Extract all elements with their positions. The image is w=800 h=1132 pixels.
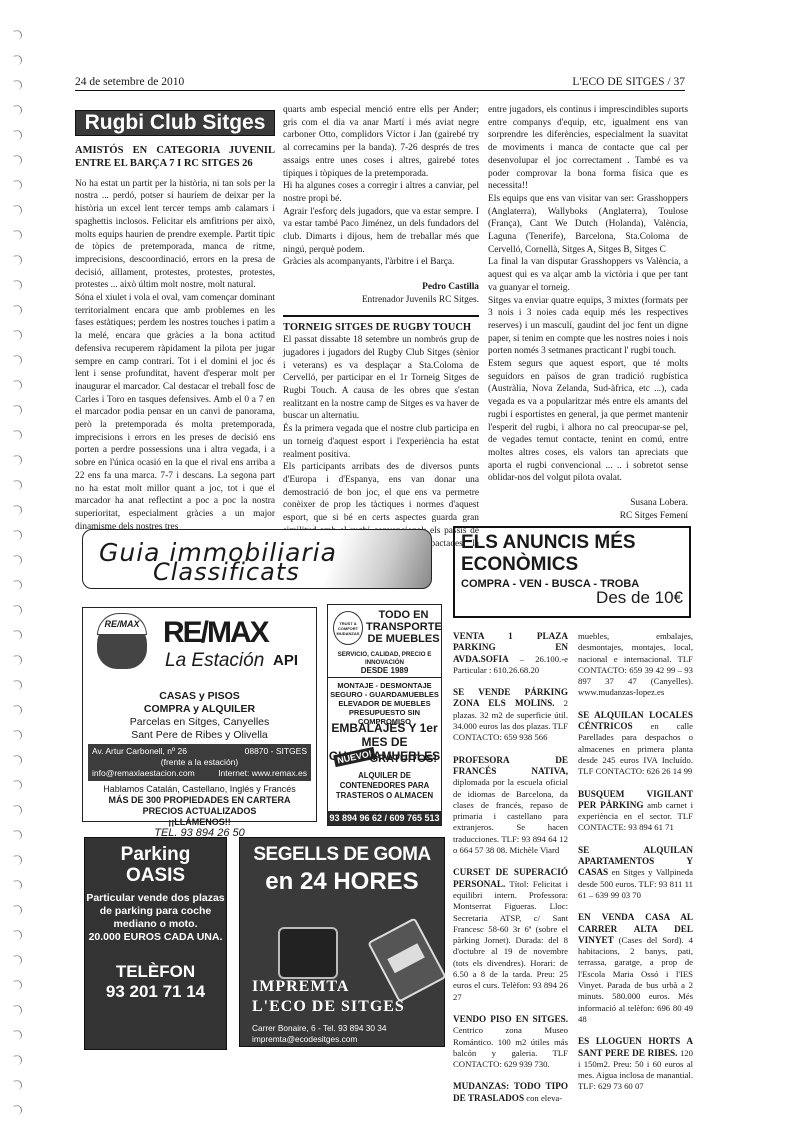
article-paragraph: Estem segurs que aquest esport, que té m… bbox=[488, 358, 688, 485]
classified-ad: MUDANZAS: TODO TIPO DE TRASLADOS con ele… bbox=[453, 1081, 568, 1104]
article-rugbi-col1: Rugbi Club Sitges AMISTÓS EN CATEGORIA J… bbox=[75, 110, 275, 533]
printer-contact: Carrer Bonaire, 6 - Tel. 93 894 30 34 im… bbox=[252, 1023, 387, 1044]
parking-oasis-ad: ParkingOASIS Particular vende dos plazas… bbox=[84, 837, 227, 1050]
classifieds-header: ELS ANUNCIS MÉS ECONÒMICS COMPRA - VEN -… bbox=[453, 526, 691, 618]
movers-slogan: SERVICIO, CALIDAD, PRECIO E INNOVACIÓN D… bbox=[328, 651, 441, 678]
classified-ad: EN VENDA CASA AL CARRER ALTA DEL VINYET … bbox=[578, 912, 693, 1025]
parking-title: ParkingOASIS bbox=[85, 844, 226, 886]
section-banner: Rugbi Club Sitges bbox=[75, 110, 275, 136]
article-signature: Pedro Castilla Entrenador Juvenils RC Si… bbox=[283, 281, 479, 306]
stamp-icon bbox=[278, 927, 338, 979]
movers-ad: TRUST & COMFORT MUDANZAS TODO EN TRANSPO… bbox=[327, 604, 442, 826]
remax-footer: Hablamos Catalán, Castellano, Inglés y F… bbox=[83, 784, 316, 839]
article-paragraph: No ha estat un partit per la història, n… bbox=[75, 178, 275, 292]
classified-ad: muebles, embalajes, desmontajes, montaje… bbox=[578, 631, 693, 699]
article-paragraph: La final la van disputar Grasshoppers vs… bbox=[488, 256, 688, 294]
parking-description: Particular vende dos plazas de parking p… bbox=[85, 892, 226, 944]
address: Av. Artur Carbonell, nº 26 bbox=[92, 746, 187, 757]
author-name: Pedro Castilla bbox=[422, 282, 479, 292]
classified-ad: SE ALQUILAN LOCALES CÉNTRICOS en calle P… bbox=[578, 710, 693, 778]
rubber-stamps-ad: SEGELLS DE GOMA en 24 HORES IMPREMTA L'E… bbox=[239, 837, 445, 1047]
remax-ad: RE/MAX RE/MAX La Estación API CASAS y PI… bbox=[82, 607, 317, 822]
article-paragraph: El passat dissabte 18 setembre un nombró… bbox=[283, 334, 479, 423]
classified-ad: BUSQUEM VIGILANT PER PÀRKING amb carnet … bbox=[578, 789, 693, 834]
classified-ad: SE VENDE PÁRKING ZONA ELS MOLINS. 2 plaz… bbox=[453, 687, 568, 743]
article-paragraph: entre jugadors, els continus i imprescin… bbox=[488, 104, 688, 193]
printer-name-2: L'ECO DE SITGES bbox=[252, 998, 405, 1016]
article-paragraph: Sitges va enviar quatre equips, 3 mixtes… bbox=[488, 295, 688, 359]
movers-phones: 93 894 96 62 / 609 765 513 bbox=[328, 811, 441, 825]
binder-spiral bbox=[4, 0, 34, 1132]
movers-title: TODO EN TRANSPORTE DE MUEBLES bbox=[366, 609, 441, 645]
guia-subtitle: Classificats bbox=[153, 558, 300, 586]
classified-ad: VENTA 1 PLAZA PARKING EN AVDA.SOFIA – 26… bbox=[453, 631, 568, 676]
divider bbox=[283, 315, 479, 317]
parking-phone: TELÈFON93 201 71 14 bbox=[85, 962, 226, 1002]
web-link[interactable]: Internet: www.remax.es bbox=[218, 768, 307, 779]
remax-logo: RE/MAX bbox=[163, 616, 268, 650]
page-header: 24 de setembre de 2010 L'ECO DE SITGES /… bbox=[75, 76, 685, 91]
stamps-title: SEGELLS DE GOMA bbox=[240, 844, 444, 866]
free-label: GRATUITOS! bbox=[328, 753, 441, 765]
classifieds-column-2: muebles, embalajes, desmontajes, montaje… bbox=[578, 631, 693, 1104]
article-paragraph: És la primera vegada que el nostre club … bbox=[283, 423, 479, 461]
article-paragraph: Hi ha algunes coses a corregir i altres … bbox=[283, 180, 479, 205]
classifieds-column-1: VENTA 1 PLAZA PARKING EN AVDA.SOFIA – 26… bbox=[453, 631, 568, 1115]
guia-immobiliaria-header: Guia immobiliaria Classificats bbox=[82, 529, 432, 589]
classified-ad: CURSET DE SUPERACIÓ PERSONAL. Títol: Fel… bbox=[453, 867, 568, 1003]
article-signature: Susana Lobera. RC Sitges Femení bbox=[488, 497, 688, 522]
postal: 08870 - SITGES bbox=[245, 746, 307, 757]
article-subhead: AMISTÓS EN CATEGORIA JUVENIL ENTRE EL BA… bbox=[75, 144, 275, 170]
article-col2: quarts amb especial menció entre ells pe… bbox=[283, 104, 479, 563]
office-name: La Estación bbox=[165, 650, 264, 672]
container-rental: ALQUILER DE CONTENEDORES PARA TRASTEROS … bbox=[328, 771, 441, 801]
printer-email[interactable]: impremta@ecodesitges.com bbox=[252, 1034, 387, 1045]
article-paragraph: Sóna el xiulet i vola el oval, vam comen… bbox=[75, 292, 275, 533]
article-paragraph: quarts amb especial menció entre ells pe… bbox=[283, 104, 479, 180]
classifieds-headline: ELS ANUNCIS MÉS ECONÒMICS bbox=[461, 532, 683, 576]
api-logo: API bbox=[273, 652, 298, 669]
remax-offer: CASAS y PISOS COMPRA y ALQUILER Parcelas… bbox=[83, 690, 316, 742]
article-col3: entre jugadors, els continus i imprescin… bbox=[488, 104, 688, 523]
email-link[interactable]: info@remaxlaestacion.com bbox=[92, 768, 195, 779]
author-role: RC Sitges Femení bbox=[620, 511, 688, 521]
classifieds-price: Des de 10€ bbox=[461, 588, 683, 608]
issue-date: 24 de setembre de 2010 bbox=[75, 76, 184, 88]
stamps-subtitle: en 24 HORES bbox=[240, 868, 444, 896]
author-name: Susana Lobera. bbox=[630, 498, 688, 508]
article-title: TORNEIG SITGES DE RUGBY TOUCH bbox=[283, 322, 479, 335]
article-paragraph: Els equips que ens van visitar van ser: … bbox=[488, 193, 688, 257]
publication-page: L'ECO DE SITGES / 37 bbox=[572, 76, 685, 88]
printer-name: IMPREMTA bbox=[252, 978, 349, 996]
balloon-logo-icon: RE/MAX bbox=[93, 613, 151, 683]
classified-ad: SE ALQUILAN APARTAMENTOS Y CASAS en Sitg… bbox=[578, 845, 693, 901]
author-role: Entrenador Juvenils RC Sitges. bbox=[362, 295, 479, 305]
company-seal-icon: TRUST & COMFORT MUDANZAS bbox=[333, 611, 363, 645]
remax-contact-bar: Av. Artur Carbonell, nº 2608870 - SITGES… bbox=[88, 744, 311, 781]
classified-ad: ES LLOGUEN HORTS A SANT PERE DE RIBES. 1… bbox=[578, 1036, 693, 1092]
movers-services: MONTAJE - DESMONTAJE SEGURO - GUARDAMUEB… bbox=[328, 681, 441, 726]
stamp-icon bbox=[367, 917, 447, 1002]
article-paragraph: Agrair l'esforç dels jugadors, que va es… bbox=[283, 206, 479, 257]
classified-ad: VENDO PISO EN SITGES. Centrico zona Muse… bbox=[453, 1014, 568, 1070]
classified-ad: PROFESORA DE FRANCÉS NATIVA, diplomada p… bbox=[453, 755, 568, 857]
article-paragraph: Gràcies als acompanyants, l'àrbitre i el… bbox=[283, 256, 479, 269]
